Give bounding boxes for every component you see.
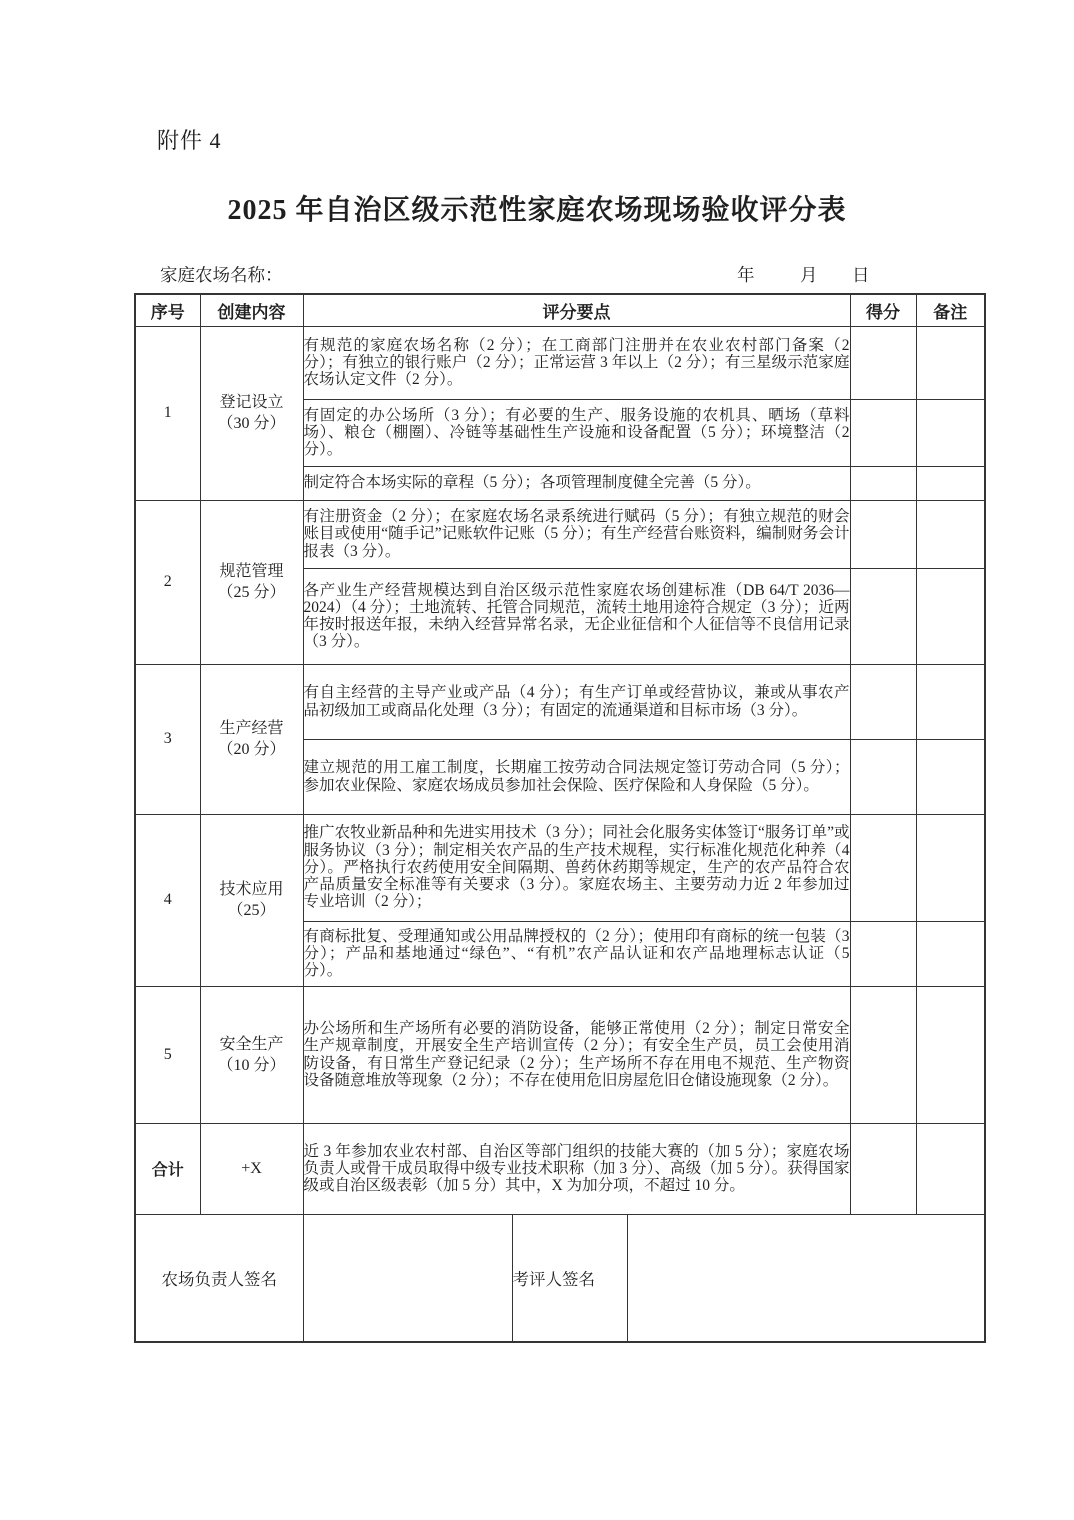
row3-category-name: 生产经营: [201, 718, 303, 739]
row4-category-score: （25）: [201, 900, 303, 921]
table-row: 3 生产经营 （20 分） 有自主经营的主导产业或产品（4 分）；有生产订单或经…: [135, 664, 985, 739]
row2-category: 规范管理 （25 分）: [200, 500, 303, 664]
row4-number: 4: [135, 814, 200, 986]
total-row: 合计 +X 近 3 年参加农业农村部、自治区等部门组织的技能大赛的（加 5 分）…: [135, 1123, 985, 1214]
farm-name-label: 家庭农场名称：: [160, 262, 283, 287]
total-bonus-label: +X: [200, 1123, 303, 1214]
table-header-row: 序号 创建内容 评分要点 得分 备注: [135, 294, 985, 326]
scoring-point-cell: 有规范的家庭农场名称（2 分）；在工商部门注册并在农业农村部门备案（2 分）；有…: [303, 326, 850, 399]
row1-number: 1: [135, 326, 200, 500]
table-row: 1 登记设立 （30 分） 有规范的家庭农场名称（2 分）；在工商部门注册并在农…: [135, 326, 985, 399]
evaluator-signature-blank: [627, 1214, 985, 1342]
header-points: 评分要点: [303, 294, 850, 326]
page-title: 2025 年自治区级示范性家庭农场现场验收评分表: [0, 188, 1074, 228]
total-points-cell: 近 3 年参加农业农村部、自治区等部门组织的技能大赛的（加 5 分）；家庭农场负…: [303, 1123, 850, 1214]
remark-cell: [916, 326, 985, 399]
remark-cell: [916, 1123, 985, 1214]
remark-cell: [916, 814, 985, 921]
scoring-point-cell: 办公场所和生产场所有必要的消防设备，能够正常使用（2 分）；制定日常安全生产规章…: [303, 986, 850, 1123]
date-month-label: 月: [800, 262, 818, 287]
row5-category-score: （10 分）: [201, 1055, 303, 1076]
header-category: 创建内容: [200, 294, 303, 326]
remark-cell: [916, 399, 985, 466]
row4-category-name: 技术应用: [201, 879, 303, 900]
row3-number: 3: [135, 664, 200, 814]
date-year-label: 年: [737, 262, 755, 287]
table-row: 2 规范管理 （25 分） 有注册资金（2 分）；在家庭农场名录系统进行赋码（5…: [135, 500, 985, 568]
score-cell: [850, 500, 916, 568]
date-day-label: 日: [852, 262, 870, 287]
header-no: 序号: [135, 294, 200, 326]
scoring-point-cell: 有注册资金（2 分）；在家庭农场名录系统进行赋码（5 分）；有独立规范的财会账目…: [303, 500, 850, 568]
row2-category-name: 规范管理: [201, 561, 303, 582]
attachment-label: 附件 4: [157, 124, 222, 155]
scoring-point-cell: 各产业生产经营规模达到自治区级示范性家庭农场创建标准（DB 64/T 2036—…: [303, 568, 850, 664]
remark-cell: [916, 986, 985, 1123]
document-page: 附件 4 2025 年自治区级示范性家庭农场现场验收评分表 家庭农场名称： 年 …: [0, 0, 1074, 1520]
remark-cell: [916, 568, 985, 664]
score-cell: [850, 986, 916, 1123]
scoring-point-cell: 有商标批复、受理通知或公用品牌授权的（2 分）；使用印有商标的统一包装（3 分）…: [303, 921, 850, 986]
row3-category: 生产经营 （20 分）: [200, 664, 303, 814]
row2-category-score: （25 分）: [201, 582, 303, 603]
score-cell: [850, 399, 916, 466]
scoring-point-cell: 推广农牧业新品种和先进实用技术（3 分）；同社会化服务实体签订“服务订单”或服务…: [303, 814, 850, 921]
row1-category-name: 登记设立: [201, 392, 303, 413]
header-remark: 备注: [916, 294, 985, 326]
table-row: 4 技术应用 （25） 推广农牧业新品种和先进实用技术（3 分）；同社会化服务实…: [135, 814, 985, 921]
signature-row: 农场负责人签名 考评人签名: [135, 1214, 985, 1342]
row1-category: 登记设立 （30 分）: [200, 326, 303, 500]
row5-category-name: 安全生产: [201, 1034, 303, 1055]
remark-cell: [916, 921, 985, 986]
scoring-point-cell: 制定符合本场实际的章程（5 分）；各项管理制度健全完善（5 分）。: [303, 466, 850, 500]
score-cell: [850, 568, 916, 664]
score-table: 序号 创建内容 评分要点 得分 备注 1 登记设立 （30 分） 有规范的家庭农…: [134, 293, 986, 1343]
scoring-point-cell: 有自主经营的主导产业或产品（4 分）；有生产订单或经营协议，兼或从事农产品初级加…: [303, 664, 850, 739]
farm-signer-label: 农场负责人签名: [135, 1214, 303, 1342]
remark-cell: [916, 664, 985, 739]
remark-cell: [916, 739, 985, 814]
score-cell: [850, 1123, 916, 1214]
farm-signature-blank: [303, 1214, 512, 1342]
evaluator-signer-label: 考评人签名: [512, 1214, 627, 1342]
score-cell: [850, 921, 916, 986]
total-label: 合计: [135, 1123, 200, 1214]
score-cell: [850, 814, 916, 921]
header-score: 得分: [850, 294, 916, 326]
row3-category-score: （20 分）: [201, 739, 303, 760]
row5-category: 安全生产 （10 分）: [200, 986, 303, 1123]
table-row: 5 安全生产 （10 分） 办公场所和生产场所有必要的消防设备，能够正常使用（2…: [135, 986, 985, 1123]
row5-number: 5: [135, 986, 200, 1123]
row4-category: 技术应用 （25）: [200, 814, 303, 986]
score-cell: [850, 739, 916, 814]
score-cell: [850, 466, 916, 500]
remark-cell: [916, 466, 985, 500]
row1-category-score: （30 分）: [201, 413, 303, 434]
score-cell: [850, 664, 916, 739]
scoring-point-cell: 建立规范的用工雇工制度，长期雇工按劳动合同法规定签订劳动合同（5 分）；参加农业…: [303, 739, 850, 814]
scoring-point-cell: 有固定的办公场所（3 分）；有必要的生产、服务设施的农机具、晒场（草料场）、粮仓…: [303, 399, 850, 466]
row2-number: 2: [135, 500, 200, 664]
remark-cell: [916, 500, 985, 568]
score-cell: [850, 326, 916, 399]
